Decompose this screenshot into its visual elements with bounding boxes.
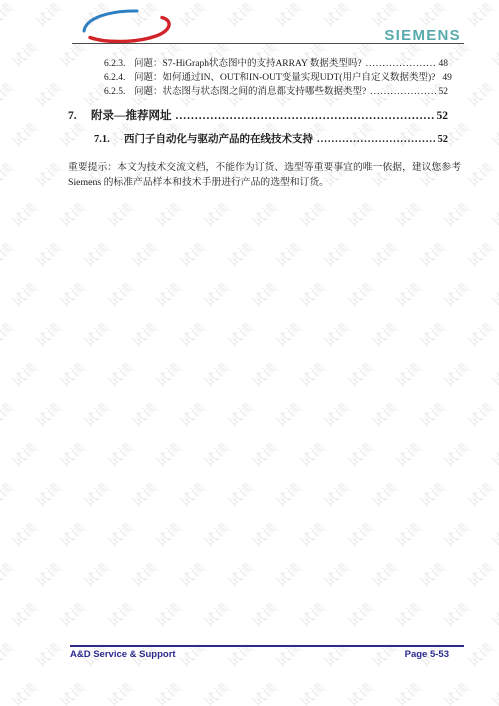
toc-entry-title: 问题：状态图与状态图之间的消息都支持哪些数据类型? xyxy=(134,85,366,99)
toc-dot-leader: ........................................… xyxy=(366,57,436,71)
important-note: 重要提示：本文为技术交流文档，不能作为订货、选型等重要事宜的唯一依据，建议您参考… xyxy=(68,160,461,190)
toc-entry-number: 6.2.4. xyxy=(104,71,134,85)
toc-page-number: 52 xyxy=(437,109,449,123)
red-swoosh xyxy=(90,18,169,42)
toc-entry-title: 问题：S7-HiGraph状态图中的支持ARRAY 数据类型吗? xyxy=(134,57,362,71)
toc-entry-6-2-3[interactable]: 6.2.3. 问题：S7-HiGraph状态图中的支持ARRAY 数据类型吗? … xyxy=(68,57,448,71)
toc-page-number: 52 xyxy=(438,133,449,147)
toc-entry-title: 问题：如何通过IN、OUT和IN-OUT变量实现UDT(用户自定义数据类型)? xyxy=(134,71,435,85)
toc-entry-number: 7. xyxy=(68,109,91,123)
toc-entry-6-2-4[interactable]: 6.2.4. 问题：如何通过IN、OUT和IN-OUT变量实现UDT(用户自定义… xyxy=(68,71,448,85)
toc-dot-leader: ........................................… xyxy=(370,85,435,99)
toc-page-number: 49 xyxy=(442,71,452,85)
toc-dot-leader: ........................................… xyxy=(176,109,434,123)
page-footer: A&D Service & Support Page 5-53 xyxy=(70,649,449,660)
siemens-wordmark: SIEMENS xyxy=(384,27,461,44)
table-of-contents: 6.2.3. 问题：S7-HiGraph状态图中的支持ARRAY 数据类型吗? … xyxy=(68,57,448,147)
toc-entry-title: 附录—推荐网址 xyxy=(91,109,172,123)
excellence-logo xyxy=(77,6,183,46)
toc-entry-number: 7.1. xyxy=(94,133,124,147)
blue-swoosh xyxy=(84,11,137,31)
footer-page-number: Page 5-53 xyxy=(405,649,449,660)
toc-page-number: 52 xyxy=(439,85,449,99)
toc-page-number: 48 xyxy=(439,57,449,71)
document-page: 试读试读试读试读试读试读试读试读试读试读试读试读试读试读试读试读试读试读试读试读… xyxy=(0,0,499,706)
toc-entry-number: 6.2.3. xyxy=(104,57,134,71)
footer-rule xyxy=(70,645,464,647)
toc-entry-title: 西门子自动化与驱动产品的在线技术支持 xyxy=(124,133,313,147)
toc-dot-leader: ........................................… xyxy=(317,133,435,147)
toc-entry-7-1[interactable]: 7.1. 西门子自动化与驱动产品的在线技术支持 ................… xyxy=(68,133,448,147)
footer-left-text: A&D Service & Support xyxy=(70,649,176,660)
logo-swoosh-graphic xyxy=(77,6,183,46)
header-rule xyxy=(72,43,464,44)
toc-entry-7[interactable]: 7. 附录—推荐网址 .............................… xyxy=(68,109,448,123)
toc-entry-number: 6.2.5. xyxy=(104,85,134,99)
toc-entry-6-2-5[interactable]: 6.2.5. 问题：状态图与状态图之间的消息都支持哪些数据类型? .......… xyxy=(68,85,448,99)
